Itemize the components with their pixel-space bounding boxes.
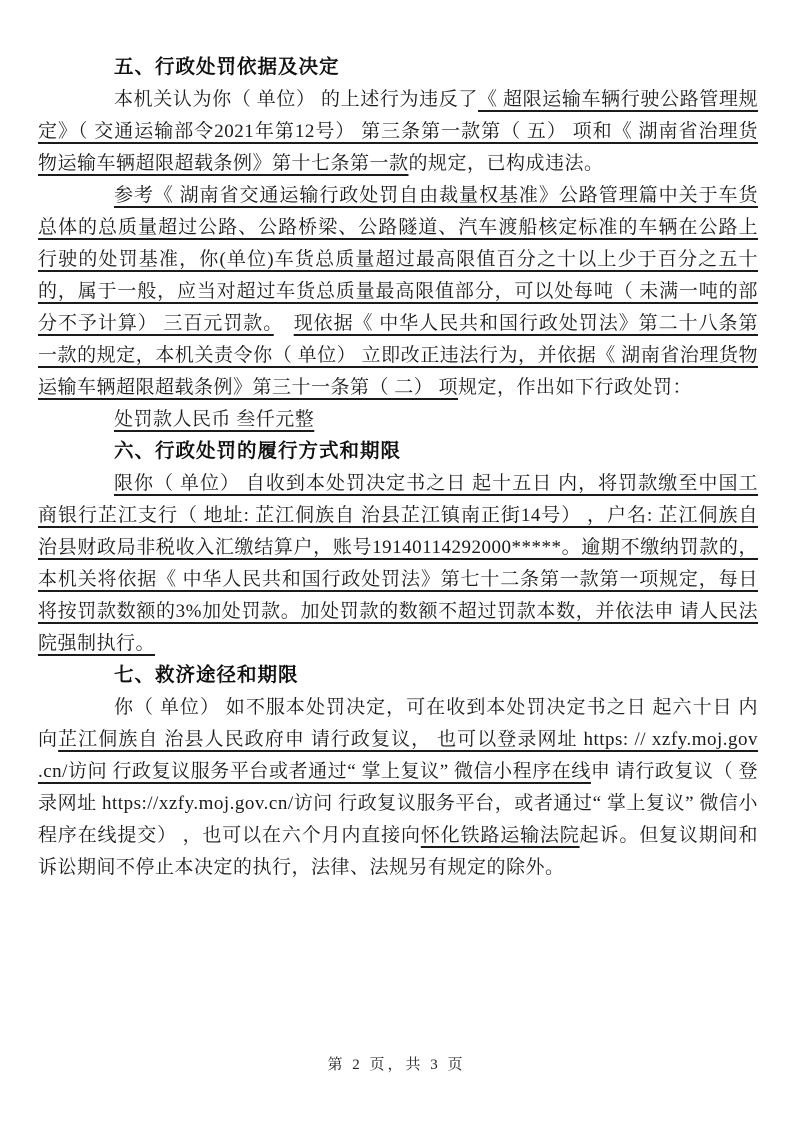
section-5-paragraph-1: 本机关认为你（ 单位） 的上述行为违反了《 超限运输车辆行驶公路管理规定》（ 交… <box>38 84 758 180</box>
document-body: 五、行政处罚依据及决定 本机关认为你（ 单位） 的上述行为违反了《 超限运输车辆… <box>38 52 758 884</box>
underlined-penalty-amount: 处罚款人民币 叁仟元整 <box>114 409 314 430</box>
penalty-amount-line: 处罚款人民币 叁仟元整 <box>114 404 758 436</box>
section-7-heading: 七、救济途径和期限 <box>114 660 758 692</box>
underlined-discretion-basis: 参考《 湖南省交通运输行政处罚自由裁量权基准》公路管理篇中关于车货总体的总质量超… <box>38 185 758 334</box>
text-segment: 的规定，已构成违法。 <box>409 153 604 174</box>
document-page: 五、行政处罚依据及决定 本机关认为你（ 单位） 的上述行为违反了《 超限运输车辆… <box>0 0 793 1122</box>
text-segment: 本机关认为你（ 单位） 的上述行为违反了 <box>114 89 478 110</box>
page-footer: 第 2 页，共 3 页 <box>0 1053 793 1077</box>
section-6-heading: 六、行政处罚的履行方式和期限 <box>114 436 758 468</box>
section-5-paragraph-2: 参考《 湖南省交通运输行政处罚自由裁量权基准》公路管理篇中关于车货总体的总质量超… <box>38 180 758 404</box>
section-6-paragraph-1: 限你（ 单位） 自收到本处罚决定书之日 起十五日 内，将罚款缴至中国工商银行芷江… <box>38 468 758 660</box>
section-5-heading: 五、行政处罚依据及决定 <box>114 52 758 84</box>
text-segment: 规定，作出如下行政处罚： <box>458 377 692 398</box>
text-segment <box>274 313 294 334</box>
underlined-payment-instructions: 限你（ 单位） 自收到本处罚决定书之日 起十五日 内，将罚款缴至中国工商银行芷江… <box>38 473 758 654</box>
underlined-court-name: 怀化铁路运输法院 <box>421 825 580 846</box>
section-7-paragraph-1: 你（ 单位） 如不服本处罚决定，可在收到本处罚决定书之日 起六十日 内向芷江侗族… <box>38 692 758 884</box>
